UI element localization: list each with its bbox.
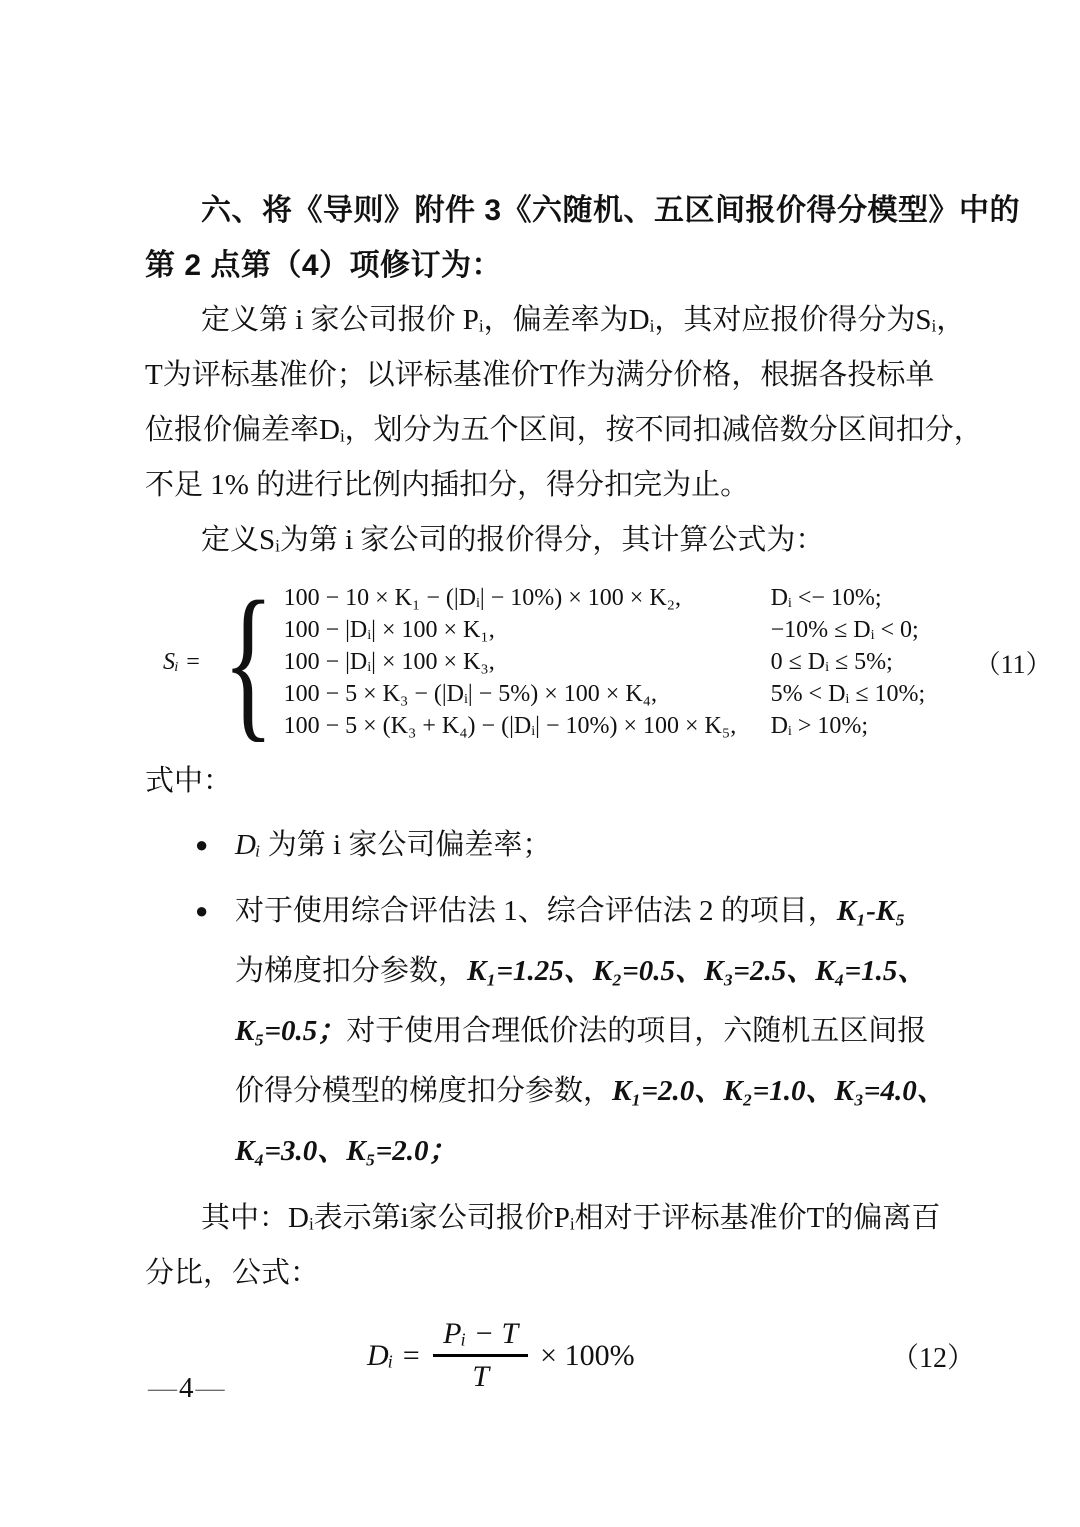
fraction-denominator: T — [472, 1357, 489, 1394]
bullet2-text: 对于使用综合评估法 1、综合评估法 2 的项目， — [235, 895, 837, 927]
bullet-item-parameters: ● 对于使用综合评估法 1、综合评估法 2 的项目，K₁-K₅ 为梯度扣分参数，… — [145, 881, 975, 1181]
paragraph-definition: 定义第 i 家公司报价 Pᵢ，偏差率为Dᵢ，其对应报价得分为Sᵢ， T为评标基准… — [145, 293, 975, 513]
formula-lhs: Sᵢ = — [163, 649, 217, 676]
bullet2-k-values: K₁=2.0、K₂=1.0、K₃=4.0、 — [612, 1075, 946, 1107]
bullet2-text: 为梯度扣分参数， — [235, 955, 467, 987]
document-content: 六、将《导则》附件 3《六随机、五区间报价得分模型》中的 第 2 点第（4）项修… — [0, 0, 1080, 1394]
body-line: 定义第 i 家公司报价 Pᵢ，偏差率为Dᵢ，其对应报价得分为Sᵢ， — [145, 293, 975, 348]
bullet2-k-values: K₁=1.25、K₂=0.5、K₃=2.5、K₄=1.5、 — [467, 955, 926, 987]
case-condition: Dᵢ > 10%; — [771, 710, 971, 742]
case-expression: 100 − 10 × K₁ − (|Dᵢ| − 10%) × 100 × K₂, — [284, 582, 771, 614]
bullet-line: Dᵢ 为第 i 家公司偏差率； — [235, 815, 551, 875]
body-line: T为评标基准价；以评标基准价T作为满分价格，根据各投标单 — [145, 348, 975, 403]
bullet-line: 为梯度扣分参数，K₁=1.25、K₂=0.5、K₃=2.5、K₄=1.5、 — [235, 941, 946, 1001]
footer-dash-right: — — [196, 1372, 225, 1404]
bullet-icon: ● — [195, 881, 235, 1181]
bullet2-k-values: K₄=3.0、 — [235, 1135, 346, 1167]
paragraph-di-explanation: 其中：Dᵢ表示第i家公司报价Pᵢ相对于评标基准价T的偏离百 分比，公式： — [145, 1191, 975, 1301]
bullet2-text: 价得分模型的梯度扣分参数， — [235, 1075, 612, 1107]
footer-dash-left: — — [148, 1372, 177, 1404]
equation-number-12: （12） — [891, 1336, 975, 1376]
heading-line-2: 第 2 点第（4）项修订为： — [145, 238, 975, 293]
document-page: 六、将《导则》附件 3《六随机、五区间报价得分模型》中的 第 2 点第（4）项修… — [0, 0, 1080, 1527]
case-expression: 100 − 5 × K₃ − (|Dᵢ| − 5%) × 100 × K₄, — [284, 678, 771, 710]
equation-number-11: （11） — [975, 644, 1052, 681]
body-line: 其中：Dᵢ表示第i家公司报价Pᵢ相对于评标基准价T的偏离百 — [145, 1191, 975, 1246]
bullet2-k-values: K₅=0.5； — [235, 1015, 346, 1047]
bullet-item-deviation: ● Dᵢ 为第 i 家公司偏差率； — [145, 815, 975, 875]
bullet2-k-values: K₅=2.0； — [346, 1135, 457, 1167]
formula-case-row: 100 − 5 × K₃ − (|Dᵢ| − 5%) × 100 × K₄, 5… — [284, 678, 971, 710]
bullet-icon: ● — [195, 815, 235, 875]
bullet-line: K₅=0.5；对于使用合理低价法的项目，六随机五区间报 — [235, 1001, 946, 1061]
bullet-line: K₄=3.0、K₅=2.0； — [235, 1121, 946, 1181]
fraction-numerator: Pᵢ − T — [433, 1317, 528, 1357]
bullet1-text: 为第 i 家公司偏差率； — [261, 829, 552, 861]
case-condition: Dᵢ <− 10%; — [771, 582, 971, 614]
formula-case-row: 100 − 5 × (K₃ + K₄) − (|Dᵢ| − 10%) × 100… — [284, 710, 971, 742]
formula-lhs: Dᵢ = — [367, 1339, 421, 1373]
formula-intro: 式中： — [145, 754, 975, 809]
formula-cases: 100 − 10 × K₁ − (|Dᵢ| − 10%) × 100 × K₂,… — [284, 582, 971, 742]
page-number-footer: —4— — [148, 1372, 225, 1405]
case-expression: 100 − 5 × (K₃ + K₄) − (|Dᵢ| − 10%) × 100… — [284, 710, 771, 742]
curly-brace: { — [223, 582, 274, 742]
case-condition: −10% ≤ Dᵢ < 0; — [771, 614, 971, 646]
section-heading: 六、将《导则》附件 3《六随机、五区间报价得分模型》中的 第 2 点第（4）项修… — [145, 183, 975, 293]
paragraph-formula-lead: 定义Sᵢ为第 i 家公司的报价得分，其计算公式为： — [145, 513, 975, 568]
bullet2-k-range: K₁-K₅ — [837, 895, 906, 927]
case-condition: 5% < Dᵢ ≤ 10%; — [771, 678, 971, 710]
footer-page-number: 4 — [177, 1372, 196, 1404]
formula-case-row: 100 − |Dᵢ| × 100 × K₃, 0 ≤ Dᵢ ≤ 5%; — [284, 646, 971, 678]
body-line: 不足 1% 的进行比例内插扣分，得分扣完为止。 — [145, 458, 975, 513]
bullet1-math: Dᵢ — [235, 829, 261, 861]
piecewise-formula-si: Sᵢ = { 100 − 10 × K₁ − (|Dᵢ| − 10%) × 10… — [163, 582, 975, 742]
bullet2-text: 对于使用合理低价法的项目，六随机五区间报 — [346, 1015, 926, 1047]
bullet-line: 价得分模型的梯度扣分参数，K₁=2.0、K₂=1.0、K₃=4.0、 — [235, 1061, 946, 1121]
case-expression: 100 − |Dᵢ| × 100 × K₃, — [284, 646, 771, 678]
heading-line-1: 六、将《导则》附件 3《六随机、五区间报价得分模型》中的 — [145, 183, 975, 238]
fraction-formula-di: Dᵢ = Pᵢ − T T × 100% （12） — [367, 1317, 975, 1394]
fraction: Pᵢ − T T — [433, 1317, 528, 1394]
bullet-text: 对于使用综合评估法 1、综合评估法 2 的项目，K₁-K₅ 为梯度扣分参数，K₁… — [235, 881, 946, 1181]
case-condition: 0 ≤ Dᵢ ≤ 5%; — [771, 646, 971, 678]
formula-case-row: 100 − |Dᵢ| × 100 × K₁, −10% ≤ Dᵢ < 0; — [284, 614, 971, 646]
bullet-text: Dᵢ 为第 i 家公司偏差率； — [235, 815, 551, 875]
bullet-line: 对于使用综合评估法 1、综合评估法 2 的项目，K₁-K₅ — [235, 881, 946, 941]
formula-tail: × 100% — [540, 1339, 634, 1373]
case-expression: 100 − |Dᵢ| × 100 × K₁, — [284, 614, 771, 646]
body-line: 分比，公式： — [145, 1246, 975, 1301]
body-line: 位报价偏差率Dᵢ，划分为五个区间，按不同扣减倍数分区间扣分， — [145, 403, 975, 458]
formula-case-row: 100 − 10 × K₁ − (|Dᵢ| − 10%) × 100 × K₂,… — [284, 582, 971, 614]
